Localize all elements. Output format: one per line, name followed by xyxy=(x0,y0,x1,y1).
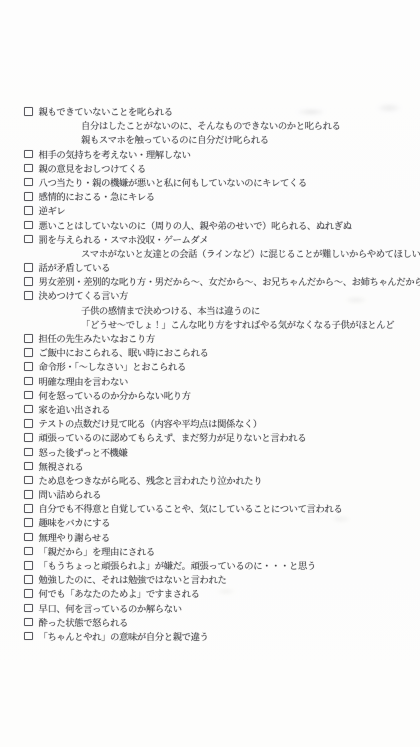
item-text: 親の意見をおしつけてくる xyxy=(39,165,146,175)
list-item: 趣味をバカにする xyxy=(0,515,420,529)
item-text: 感情的におこる・急にキレる xyxy=(39,193,155,203)
item-text: 「ちゃんとやれ」の意味が自分と親で違う xyxy=(39,633,209,643)
item-text: ご飯中におこられる、眠い時におこられる xyxy=(39,349,209,359)
list-item: ため息をつきながら叱る、残念と言われたり泣かれたり xyxy=(0,473,420,487)
list-note: スマホがないと友達との会話（ラインなど）に混じることが難しいからやめてほしい xyxy=(0,246,420,260)
list-item: 何を怒っているのか分からない叱り方 xyxy=(0,388,420,402)
list-item: 「もうちょっと頑張られよ」が嫌だ。頑張っているのに・・・と思う xyxy=(0,558,420,572)
list-item: 頑張っているのに認めてもらえず、まだ努力が足りないと言われる xyxy=(0,430,420,444)
list-item: 家を追い出される xyxy=(0,402,420,416)
list-item: 悪いことはしていないのに（周りの人、親や弟のせいで）叱られる、ぬれぎぬ xyxy=(0,218,420,232)
list-item: 担任の先生みたいなおこり方 xyxy=(0,331,420,345)
checkbox-unchecked-icon[interactable] xyxy=(24,221,33,230)
list-note: 自分はしたことがないのに、そんなものできないのかと叱られる xyxy=(0,118,420,132)
list-item: 逆ギレ xyxy=(0,203,420,217)
list-note: 親もスマホを触っているのに自分だけ叱られる xyxy=(0,132,420,146)
item-text: 男女差別・差別的な叱り方・男だから～、女だから～、お兄ちゃんだから～、お姉ちゃん… xyxy=(39,278,420,288)
checkbox-unchecked-icon[interactable] xyxy=(24,604,33,613)
item-text: スマホがないと友達との会話（ラインなど）に混じることが難しいからやめてほしい xyxy=(81,250,420,260)
item-text: 「親だから」を理由にされる xyxy=(39,548,155,558)
item-text: 悪いことはしていないのに（周りの人、親や弟のせいで）叱られる、ぬれぎぬ xyxy=(39,222,352,232)
checkbox-unchecked-icon[interactable] xyxy=(24,107,33,116)
item-text: 決めつけてくる言い方 xyxy=(39,292,128,302)
item-text: 勉強したのに、それは勉強ではないと言われた xyxy=(39,576,227,586)
item-text: 怒った後ずっと不機嫌 xyxy=(39,449,128,459)
checkbox-unchecked-icon[interactable] xyxy=(24,518,33,527)
list-item: 自分でも不得意と自覚していることや、気にしていることについて言われる xyxy=(0,501,420,515)
list-item: 何でも「あなたのためよ」ですまされる xyxy=(0,586,420,600)
item-text: 何でも「あなたのためよ」ですまされる xyxy=(39,590,200,600)
list-item: 八つ当たり・親の機嫌が悪いと私に何もしていないのにキレてくる xyxy=(0,175,420,189)
list-item: 話が矛盾している xyxy=(0,260,420,274)
checkbox-unchecked-icon[interactable] xyxy=(24,263,33,272)
checkbox-unchecked-icon[interactable] xyxy=(24,504,33,513)
checkbox-unchecked-icon[interactable] xyxy=(24,178,33,187)
checkbox-unchecked-icon[interactable] xyxy=(24,150,33,159)
list-item: 早口、何を言っているのか解らない xyxy=(0,601,420,615)
item-text: 頑張っているのに認めてもらえず、まだ努力が足りないと言われる xyxy=(39,434,307,444)
item-text: ため息をつきながら叱る、残念と言われたり泣かれたり xyxy=(39,477,263,487)
checkbox-unchecked-icon[interactable] xyxy=(24,235,33,244)
item-text: 「どうせ～でしょ！」こんな叱り方をすればやる気がなくなる子供がほとんど xyxy=(81,321,394,331)
checkbox-unchecked-icon[interactable] xyxy=(24,589,33,598)
scanned-page: 親もできていないことを叱られる 自分はしたことがないのに、そんなものできないのか… xyxy=(0,0,420,747)
checkbox-unchecked-icon[interactable] xyxy=(24,533,33,542)
list-item: 感情的におこる・急にキレる xyxy=(0,189,420,203)
checkbox-unchecked-icon[interactable] xyxy=(24,405,33,414)
checkbox-unchecked-icon[interactable] xyxy=(24,362,33,371)
list-item: 相手の気持ちを考えない・理解しない xyxy=(0,147,420,161)
checkbox-unchecked-icon[interactable] xyxy=(24,433,33,442)
checkbox-unchecked-icon[interactable] xyxy=(24,561,33,570)
item-text: 子供の感情まで決めつける、本当は違うのに xyxy=(81,307,260,317)
item-text: 八つ当たり・親の機嫌が悪いと私に何もしていないのにキレてくる xyxy=(39,179,307,189)
checkbox-unchecked-icon[interactable] xyxy=(24,462,33,471)
item-text: 罰を与えられる・スマホ没収・ゲームダメ xyxy=(39,236,209,246)
list-item: 無理やり謝らせる xyxy=(0,530,420,544)
checkbox-unchecked-icon[interactable] xyxy=(24,575,33,584)
checkbox-unchecked-icon[interactable] xyxy=(24,419,33,428)
item-text: 趣味をバカにする xyxy=(39,519,111,529)
item-text: 話が矛盾している xyxy=(39,264,111,274)
list-item: 「親だから」を理由にされる xyxy=(0,544,420,558)
list-item: 命令形・「～しなさい」とおこられる xyxy=(0,359,420,373)
item-text: 何を怒っているのか分からない叱り方 xyxy=(39,392,191,402)
checkbox-unchecked-icon[interactable] xyxy=(24,476,33,485)
list-item: 男女差別・差別的な叱り方・男だから～、女だから～、お兄ちゃんだから～、お姉ちゃん… xyxy=(0,274,420,288)
item-text: 「もうちょっと頑張られよ」が嫌だ。頑張っているのに・・・と思う xyxy=(39,562,316,572)
list-item: 親の意見をおしつけてくる xyxy=(0,161,420,175)
list-note: 子供の感情まで決めつける、本当は違うのに xyxy=(0,303,420,317)
checkbox-unchecked-icon[interactable] xyxy=(24,377,33,386)
checkbox-unchecked-icon[interactable] xyxy=(24,192,33,201)
list-item: テストの点数だけ見て叱る（内容や平均点は関係なく） xyxy=(0,416,420,430)
list-item: 酔った状態で怒られる xyxy=(0,615,420,629)
item-text: 親もスマホを触っているのに自分だけ叱られる xyxy=(81,136,269,146)
checkbox-unchecked-icon[interactable] xyxy=(24,206,33,215)
list-item: 親もできていないことを叱られる xyxy=(0,104,420,118)
list-item: 怒った後ずっと不機嫌 xyxy=(0,445,420,459)
list-item: 罰を与えられる・スマホ没収・ゲームダメ xyxy=(0,232,420,246)
item-text: 親もできていないことを叱られる xyxy=(39,108,173,118)
item-text: 無理やり謝らせる xyxy=(39,534,110,544)
checkbox-unchecked-icon[interactable] xyxy=(24,632,33,641)
checkbox-unchecked-icon[interactable] xyxy=(24,547,33,556)
item-text: 相手の気持ちを考えない・理解しない xyxy=(39,151,191,161)
item-text: テストの点数だけ見て叱る（内容や平均点は関係なく） xyxy=(39,420,262,430)
checkbox-unchecked-icon[interactable] xyxy=(24,490,33,499)
item-text: 逆ギレ xyxy=(39,207,66,217)
list-item: 勉強したのに、それは勉強ではないと言われた xyxy=(0,572,420,586)
list-item: 決めつけてくる言い方 xyxy=(0,288,420,302)
item-text: 命令形・「～しなさい」とおこられる xyxy=(39,363,186,373)
item-text: 早口、何を言っているのか解らない xyxy=(39,605,182,615)
checkbox-unchecked-icon[interactable] xyxy=(24,448,33,457)
list-note: 「どうせ～でしょ！」こんな叱り方をすればやる気がなくなる子供がほとんど xyxy=(0,317,420,331)
checkbox-unchecked-icon[interactable] xyxy=(24,164,33,173)
checkbox-unchecked-icon[interactable] xyxy=(24,277,33,286)
item-text: 自分はしたことがないのに、そんなものできないのかと叱られる xyxy=(81,122,340,132)
item-text: 担任の先生みたいなおこり方 xyxy=(39,335,155,345)
checkbox-unchecked-icon[interactable] xyxy=(24,618,33,627)
item-text: 無視される xyxy=(39,463,84,473)
list-item: 「ちゃんとやれ」の意味が自分と親で違う xyxy=(0,629,420,643)
checkbox-unchecked-icon[interactable] xyxy=(24,391,33,400)
list-item: 問い詰められる xyxy=(0,487,420,501)
list-item: 明確な理由を言わない xyxy=(0,374,420,388)
list-item: ご飯中におこられる、眠い時におこられる xyxy=(0,345,420,359)
checkbox-unchecked-icon[interactable] xyxy=(24,348,33,357)
item-text: 家を追い出される xyxy=(39,406,111,416)
item-text: 明確な理由を言わない xyxy=(39,378,128,388)
checkbox-unchecked-icon[interactable] xyxy=(24,291,33,300)
checklist: 親もできていないことを叱られる 自分はしたことがないのに、そんなものできないのか… xyxy=(0,104,420,643)
item-text: 問い詰められる xyxy=(39,491,102,501)
item-text: 自分でも不得意と自覚していることや、気にしていることについて言われる xyxy=(39,505,343,515)
checkbox-unchecked-icon[interactable] xyxy=(24,334,33,343)
list-item: 無視される xyxy=(0,459,420,473)
item-text: 酔った状態で怒られる xyxy=(39,619,128,629)
